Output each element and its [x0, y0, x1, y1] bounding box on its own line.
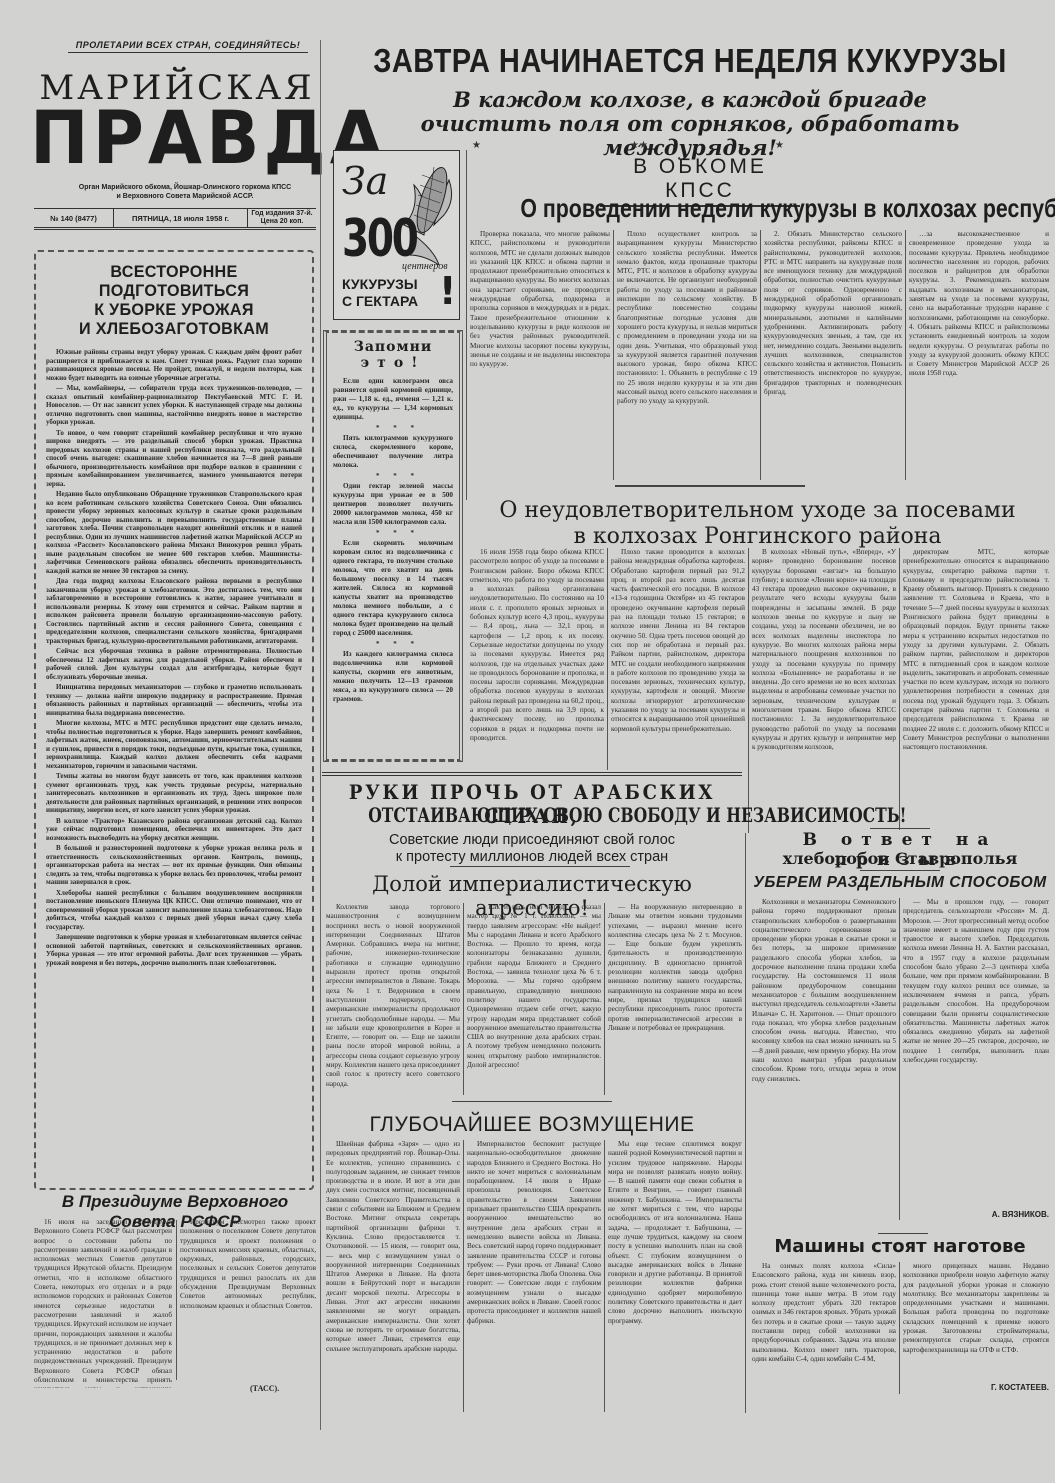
remember-title: Запомни это!	[333, 339, 453, 371]
obkom-article-col1: Проверка показала, что многие райкомы КП…	[470, 230, 610, 480]
obkom-article-col4: …за высококачественное и своевременное п…	[909, 230, 1049, 480]
issue-bar: № 140 (8477) ПЯТНИЦА, 18 июля 1958 г. Го…	[34, 208, 316, 230]
issue-number: № 140 (8477)	[34, 209, 114, 227]
column-divider	[466, 150, 467, 500]
column-divider	[176, 1220, 177, 1380]
separator-rule	[450, 866, 630, 867]
poster-exclamation: !	[439, 269, 456, 313]
machines-signature: Г. КОСТАТЕЕВ.	[903, 1383, 1049, 1392]
issue-year: Год издания 37-й.	[251, 210, 312, 218]
column-divider	[760, 230, 761, 480]
machines-article-col1: На озимых полях колхоза «Сила» Еласовско…	[752, 1262, 896, 1394]
poster-number: 300	[342, 209, 417, 269]
rong-article-col1: 16 июля 1958 года бюро обкома КПСС рассм…	[470, 548, 604, 770]
column-divider	[607, 548, 608, 770]
corn-poster: За 300 центнеров КУКУРУЗЫ С ГЕКТАРА !	[333, 150, 460, 320]
remember-box: Запомни это! Если один килограмм овса ра…	[323, 330, 463, 762]
arab-article-col3: — На вооруженную интервенцию в Ливане мы…	[608, 903, 742, 1095]
poster-line3: КУКУРУЗЫ	[342, 276, 418, 292]
column-divider	[899, 1262, 900, 1394]
separator-rule	[870, 828, 930, 829]
rong-article-col3: В колхозах «Новый путь», «Вперед», «У ко…	[752, 548, 896, 830]
column-divider	[320, 40, 321, 1430]
machines-article-title: Машины стоят наготове	[750, 1236, 1050, 1257]
rong-article-col2: Плохо также проводится в колхозах района…	[611, 548, 745, 770]
arab-article-title-line2: ОТСТАИВАЮЩИХ СВОЮ СВОБОДУ И НЕЗАВИСИМОСТ…	[368, 803, 696, 827]
arab-article-col1: Коллектив завода торгового машиностроени…	[326, 903, 460, 1095]
column-divider	[899, 548, 900, 830]
column-divider	[604, 903, 605, 1095]
stavropol-article-col1: Колхозники и механизаторы Семеновского р…	[752, 898, 896, 1220]
presidium-article-col1: 16 июля на заседании Президиума Верховно…	[34, 1218, 172, 1388]
separator-rule	[878, 1233, 928, 1234]
stavropol-article-title-line2: хлеборобов Ставрополья	[750, 849, 1050, 868]
issue-date: ПЯТНИЦА, 18 июля 1958 г.	[114, 209, 248, 227]
paper-name-line2: ПРАВДА	[30, 98, 320, 178]
harvest-article-title: ВСЕСТОРОННЕ ПОДГОТОВИТЬСЯ К УБОРКЕ УРОЖА…	[52, 262, 295, 338]
arab-article-col2: — Как и весь наш народ, — сказал мастер …	[467, 903, 601, 1095]
column-divider	[613, 230, 614, 480]
organ-line2: и Верховного Совета Марийской АССР.	[60, 192, 310, 201]
indignation-article-col3: Мы еще теснее сплотимся вокруг нашей род…	[608, 1140, 742, 1412]
column-divider	[604, 1140, 605, 1412]
main-headline: ЗАВТРА НАЧИНАЕТСЯ НЕДЕЛЯ КУКУРУЗЫ	[373, 42, 1007, 80]
remember-facts: Если один килограмм овса равняется одной…	[333, 377, 453, 704]
column-divider	[899, 898, 900, 1220]
separator-rule	[452, 1101, 612, 1102]
obkom-article-title: О проведении недели кукурузы в колхозах …	[520, 193, 979, 224]
rong-article-title: О неудовлетворительном уходе за посевами…	[460, 498, 1055, 550]
harvest-article: ВСЕСТОРОННЕ ПОДГОТОВИТЬСЯ К УБОРКЕ УРОЖА…	[34, 250, 314, 1190]
column-divider	[463, 903, 464, 1095]
indignation-article-col2: Империалистов беспокоит растущее национа…	[467, 1140, 601, 1412]
machines-article-col2: много прицепных машин. Недавно колхозник…	[903, 1262, 1049, 1377]
rong-article-col4: директорам МТС, которые пренебрежительно…	[903, 548, 1049, 830]
indignation-article-col1: Швейная фабрика «Заря» — одно из передов…	[326, 1140, 460, 1412]
separator-double-rule	[322, 772, 742, 776]
issue-year-price: Год издания 37-й. Цена 20 коп.	[248, 209, 316, 227]
column-divider	[463, 1140, 464, 1412]
column-divider	[905, 230, 906, 480]
column-divider	[748, 548, 749, 833]
stavropol-article-subtitle: УБЕРЕМ РАЗДЕЛЬНЫМ СПОСОБОМ	[750, 874, 1050, 892]
separator-rule	[860, 870, 940, 871]
stavropol-signature: А. ВЯЗНИКОВ.	[903, 1210, 1049, 1219]
harvest-article-body: Южные районы страны ведут уборку урожая.…	[46, 348, 302, 967]
masthead-motto: ПРОЛЕТАРИИ ВСЕХ СТРАН, СОЕДИНЯЙТЕСЬ!	[68, 40, 308, 53]
poster-line4: С ГЕКТАРА	[342, 293, 418, 309]
presidium-source: (ТАСС).	[250, 1384, 279, 1393]
stavropol-article-col2: — Мы в прошлом году, — говорит председат…	[903, 898, 1049, 1208]
organ-line1: Орган Марийского обкома, Йошкар-Олинског…	[60, 183, 310, 192]
arab-article-subtitle: Советские люди присоединяют свой голос к…	[322, 832, 742, 866]
poster-za: За	[342, 159, 388, 203]
star-icon: ★★	[630, 140, 648, 151]
star-icon: ★	[775, 140, 784, 151]
masthead-organ: Орган Марийского обкома, Йошкар-Олинског…	[60, 183, 310, 201]
star-icon: ★	[472, 140, 481, 151]
presidium-article-col2: Президиум рассмотрел также проект положе…	[180, 1218, 316, 1368]
issue-price: Цена 20 коп.	[261, 218, 304, 226]
indignation-article-title: ГЛУБОЧАЙШЕЕ ВОЗМУЩЕНИЕ	[322, 1113, 742, 1137]
separator-rule	[615, 485, 805, 487]
obkom-article-col2: Плохо осуществляет контроль за выращиван…	[617, 230, 757, 480]
column-divider	[745, 833, 746, 1413]
obkom-article-col3: 2. Обязать Министерство сельского хозяйс…	[764, 230, 902, 480]
